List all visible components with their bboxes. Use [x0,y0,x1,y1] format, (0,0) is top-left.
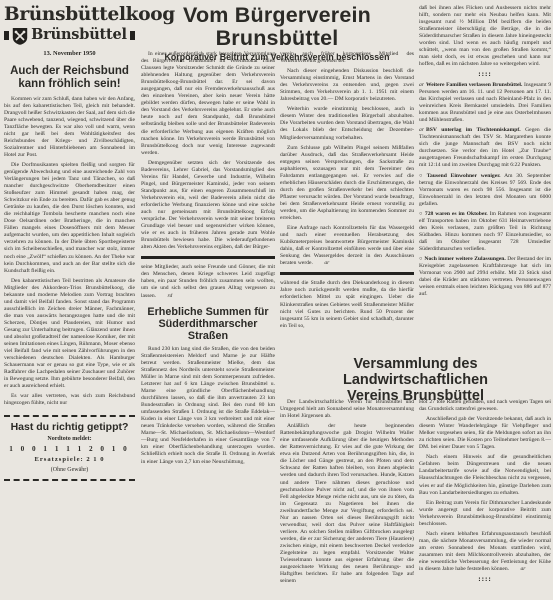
masthead-title-line1: Brünsbüttelkoog [4,5,135,24]
left-column: Brünsbüttelkoog Brünsbüttel 13. November… [4,5,135,481]
landwirtschaft-right-column: Hof 27 tote Ratten gefunden, und nach we… [419,399,551,599]
landwirtschaft-paragraph: Ein Beitrag zum Verein für Dithmarscher … [419,500,551,528]
masthead-ornament-right [130,31,135,40]
buergerverein-paragraph: Weiterhin wurde einstimmig beschlossen, … [280,106,414,141]
column-4-upper: daß bei ihnen alles Flicken und Ausbesse… [419,5,551,354]
section-separator: :::: [419,71,551,79]
buergerverein-paragraph: Eine Anfrage nach Kontrollzetteln für da… [280,225,414,267]
news-brief: ○Noch immer weitere Zulassungen. Der Bes… [419,256,551,298]
reichsbund-paragraph: Die Dorfmusikanten spielten fleißig und … [4,162,135,275]
toto-results: 1 0 0 1 1 1 1 2 0 1 0 [6,445,133,454]
landwirtschaft-paragraph: Nach einem Hinweis auf die gesundheitlic… [419,454,551,496]
toto-subtitle: Nordtoto meldet: [6,436,133,444]
toto-title: Hast du richtig getippt? [6,421,133,434]
section-separator: :::: [419,576,551,584]
landwirtschaft-paragraph: Anläßlich der heute beginnenden Rattenbe… [280,423,414,585]
strassen-continuation: daß bei ihnen alles Flicken und Ausbesse… [419,5,551,68]
landwirtschaft-paragraph: Nach einem lebhaften Erfahrungsaustausch… [419,531,551,573]
buergerverein-paragraph: verein auch früher korporatives Mitglied… [280,51,414,65]
news-brief: arWeitere Familien verlassen Brunsbüttel… [419,82,551,124]
author-sign: ar [314,260,329,266]
newspaper-page: Brünsbüttelkoog Brünsbüttel 13. November… [0,0,553,600]
dateline: 13. November 1950 [4,50,135,58]
buergerverein-paragraph: Zum Schlusse gab Wilhelm Pingel seinem M… [280,145,414,223]
masthead-title-line2: Brünsbüttel [4,26,135,44]
buergerverein-paragraph: In einer außerordentlich stark besuchten… [141,51,275,157]
reichsbund-continuation: seine Mitglieder, auch seine Freunde und… [141,264,275,299]
column-3-upper: verein auch früher korporatives Mitglied… [280,51,414,354]
column-divider-bar [280,272,414,275]
strassen-headline: Erhebliche Summen für Süderdithmarscher … [141,306,275,342]
masthead: Brünsbüttelkoog Brünsbüttel [4,5,135,45]
toto-box: Hast du richtig getippt? Nordtoto meldet… [4,415,135,482]
masthead-title-line2-text: Brünsbüttel [31,26,127,44]
toto-note: (Ohne Gewähr) [6,467,133,475]
main-headline: Vom Bürgerverein Brunsbüttel [140,4,414,49]
toto-ersatz: Ersatzspiele: 2 1 0 [6,456,133,464]
news-brief: ○728 waren es im Oktober. Im Rahmen von … [419,211,551,253]
news-brief: arBSV unterlag im Tischtenniskampf. Gege… [419,127,551,169]
author-sign: ar [511,566,526,572]
landwirtschaft-left-column: Der Landwirtschaftliche Verein für Bruns… [280,399,414,599]
landwirtschaft-paragraph: Der Landwirtschaftliche Verein für Bruns… [280,399,414,420]
column-2: In einer außerordentlich stark besuchten… [141,51,275,600]
landwirtschaft-paragraph: Anschließend gab der Vorsitzende bekannt… [419,416,551,451]
reichsbund-headline: Auch der Reichsbund kann fröhlich sein! [4,65,135,91]
author-sign: rd [157,293,172,299]
strassen-continuation: während die Straße durch den Dieksanderk… [280,280,414,329]
buergerverein-paragraph: Nach dieser eingehenden Diskussion besch… [280,68,414,103]
crossed-keys-shield-icon [12,27,28,45]
masthead-ornament-left [4,31,9,40]
reichsbund-paragraph: Es war alles vertreten, was sich zum Rei… [4,393,135,407]
landwirtschaft-headline: Versammlung des Landwirtschaftlichen Ver… [280,356,551,405]
reichsbund-paragraph: Den kabarettistischen Teil bestritten al… [4,278,135,391]
landwirtschaft-paragraph: Hof 27 tote Ratten gefunden, und nach we… [419,399,551,413]
column-divider-bar [141,256,275,259]
news-brief: ○Tausend Einwohner weniger. Am 30. Septe… [419,173,551,208]
buergerverein-paragraph: Demgegenüber setzten sich der Vorsitzend… [141,160,275,252]
reichsbund-paragraph: Kommen wir zum Schluß, dann haben wir de… [4,96,135,159]
strassen-paragraph: Rund 230 km lang sind die Straßen, die v… [141,346,275,466]
